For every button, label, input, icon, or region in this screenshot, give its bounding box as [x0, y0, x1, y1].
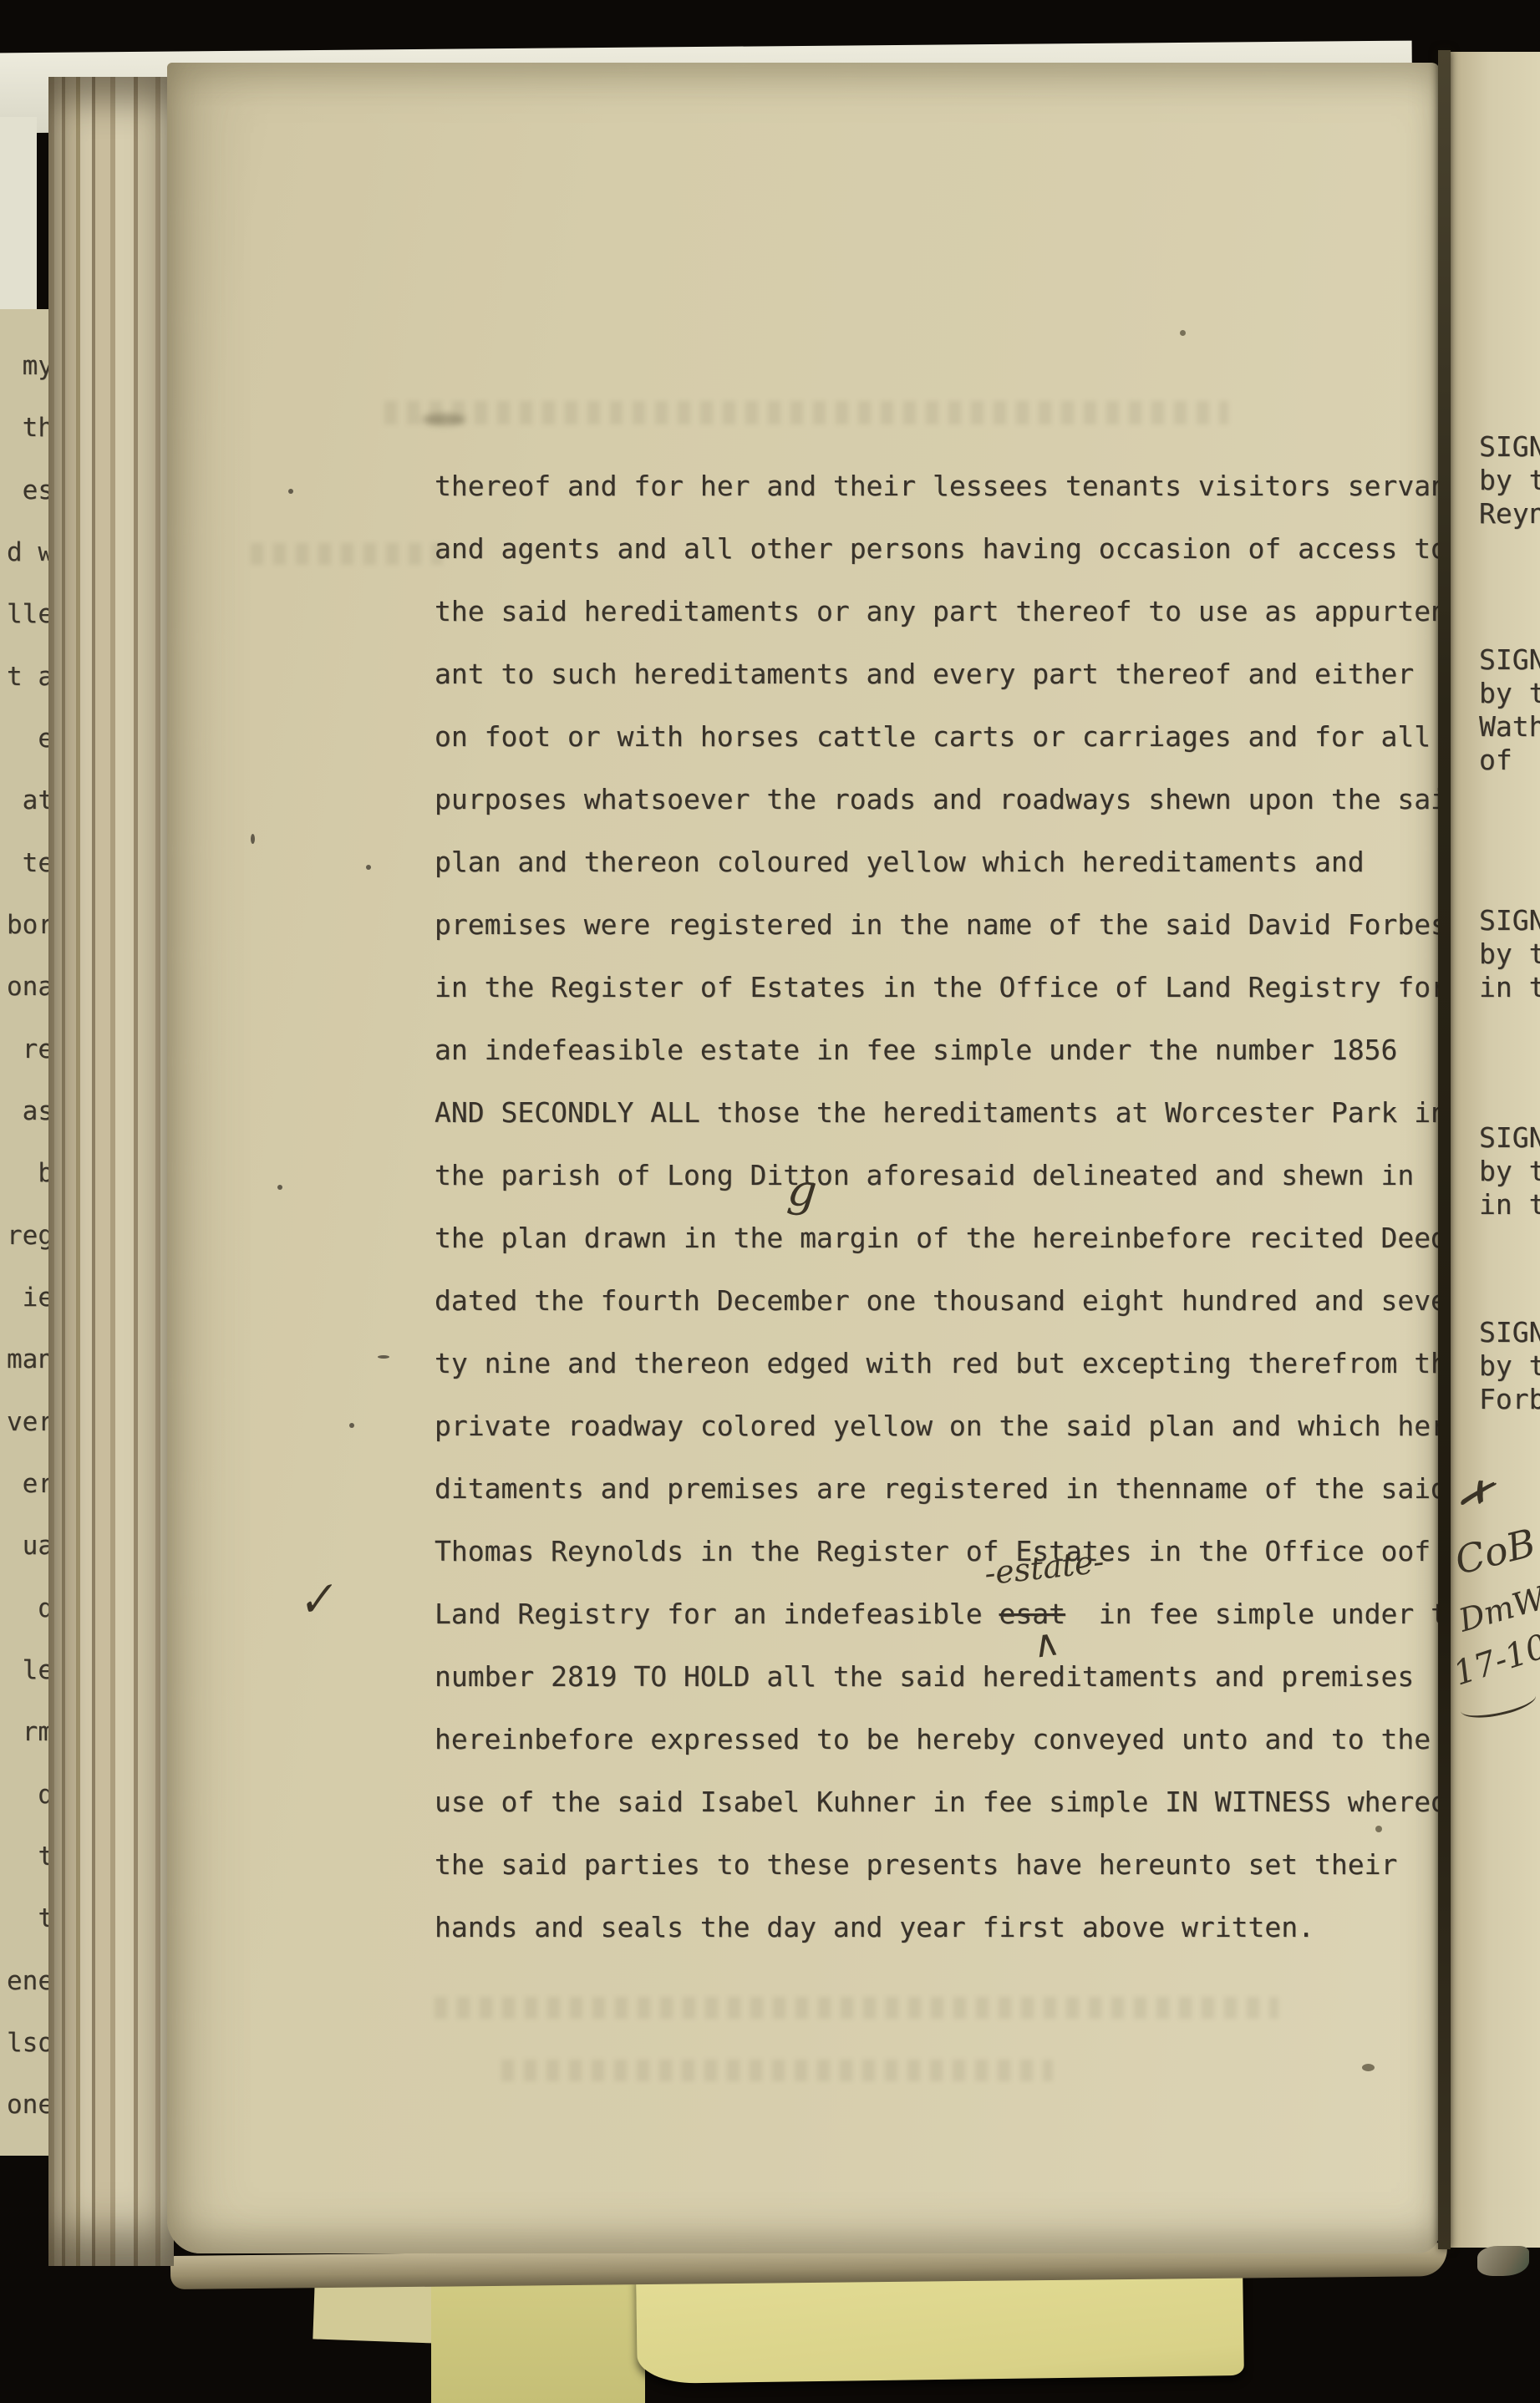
left-text-fragment: lle [7, 599, 53, 629]
right-text-line: by t [1479, 937, 1540, 971]
signature-clause-fragment: SIGN by t in t [1479, 904, 1540, 1004]
left-text-fragment: reg [7, 1221, 53, 1251]
handwritten-g-insertion: g [785, 1162, 820, 1217]
ghost-text-band [435, 1997, 1278, 2019]
right-text-line: SIGN [1479, 643, 1540, 677]
typed-line: use of the said Isabel Kuhner in fee sim… [435, 1786, 1440, 1819]
typed-line: private roadway colored yellow on the sa… [435, 1410, 1440, 1443]
stray-ink-mark [288, 489, 293, 494]
photographed-deed-book-page: my th es d w lle t a e at te bor ona re … [0, 0, 1540, 2403]
yellow-note-large [636, 2267, 1244, 2384]
right-facing-page: SIGN by t Reyn SIGN by t Wath of SIGN by… [1448, 52, 1540, 2248]
typed-line: premises were registered in the name of … [435, 908, 1440, 942]
handwritten-initials-cob: CoB [1451, 1520, 1540, 1583]
left-text-fragment: one [7, 2090, 53, 2120]
margin-checkmark: ✓ [293, 1571, 338, 1628]
ink-smudge [422, 414, 465, 425]
typed-line: hereinbefore expressed to be hereby conv… [435, 1723, 1440, 1756]
typed-line: hands and seals the day and year first a… [435, 1911, 1440, 1944]
right-text-line: SIGN [1479, 1316, 1540, 1349]
typed-line: on foot or with horses cattle carts or c… [435, 720, 1440, 754]
left-text-fragment: t a [7, 662, 53, 692]
under-leaf-left-edge [0, 117, 37, 334]
handwritten-initials-dmw: DmW [1455, 1579, 1540, 1638]
signature-clause-fragment: SIGN by t Wath of [1479, 643, 1540, 777]
right-text-line: Forbe [1479, 1383, 1540, 1416]
right-text-line: by th [1479, 1349, 1540, 1383]
typed-segment: in fee simple under t [1065, 1598, 1440, 1630]
right-text-line: in t [1479, 971, 1540, 1004]
binding-debris [1477, 2246, 1529, 2276]
typed-line: dated the fourth December one thousand e… [435, 1284, 1440, 1318]
left-text-fragment: man [7, 1344, 53, 1374]
right-text-line: in t [1479, 1188, 1540, 1222]
typed-line: the said parties to these presents have … [435, 1848, 1440, 1882]
typed-line: ditaments and premises are registered in… [435, 1472, 1440, 1506]
typed-line: ty nine and thereon edged with red but e… [435, 1347, 1440, 1380]
right-text-line: by t [1479, 1155, 1540, 1188]
signature-clause-fragment: SIGN by t Reyn [1479, 430, 1540, 531]
page-edges-stack [48, 77, 174, 2266]
typed-line: number 2819 TO HOLD all the said heredit… [435, 1660, 1440, 1694]
right-text-line: Wath [1479, 710, 1540, 744]
left-text-fragment: ene [7, 1966, 53, 1996]
typed-line: the said hereditaments or any part there… [435, 595, 1440, 628]
typed-line: ant to such hereditaments and every part… [435, 658, 1440, 691]
typed-line: Thomas Reynolds in the Register of Estat… [435, 1535, 1440, 1568]
typed-line-with-correction: Land Registry for an indefeasible esat i… [435, 1598, 1440, 1631]
paper-fleck [1180, 330, 1186, 336]
ghost-text-band [251, 543, 443, 565]
typed-line: an indefeasible estate in fee simple und… [435, 1034, 1440, 1067]
signature-clause-fragment: SIGN by th Forbe [1479, 1316, 1540, 1416]
stray-ink-mark [277, 1185, 282, 1190]
left-text-fragment: bor [7, 910, 53, 940]
main-page: thereof and for her and their lessees te… [167, 63, 1440, 2253]
right-text-line: Reyn [1479, 497, 1540, 531]
right-text-line: SIGN [1479, 904, 1540, 937]
insertion-caret: ∧ [1030, 1621, 1063, 1667]
left-text-fragment: ona [7, 972, 53, 1002]
handwritten-cross-mark: ✗ [1453, 1467, 1497, 1521]
paper-fleck [1375, 1826, 1382, 1832]
right-text-line: by t [1479, 677, 1540, 710]
handwritten-date: 17-10- [1449, 1623, 1540, 1694]
typed-line: and agents and all other persons having … [435, 532, 1440, 566]
stray-ink-mark [349, 1423, 354, 1428]
right-text-line: SIGN [1479, 1121, 1540, 1155]
stray-ink-mark [366, 865, 371, 870]
typed-line: thereof and for her and their lessees te… [435, 470, 1440, 503]
right-text-line: SIGN [1479, 430, 1540, 464]
signature-clause-fragment: SIGN by t in t [1479, 1121, 1540, 1222]
left-text-fragment: lso [7, 2028, 53, 2058]
typed-line: AND SECONDLY ALL those the hereditaments… [435, 1096, 1440, 1130]
typed-segment: Land Registry for an indefeasible [435, 1598, 999, 1630]
ghost-text-band [501, 2060, 1053, 2081]
stray-ink-mark [378, 1355, 389, 1359]
right-text-line: of [1479, 744, 1540, 777]
ghost-text-band [384, 401, 1228, 424]
book-gutter [1438, 50, 1451, 2249]
typed-line: purposes whatsoever the roads and roadwa… [435, 783, 1440, 816]
typed-line: plan and thereon coloured yellow which h… [435, 846, 1440, 879]
typed-line: the parish of Long Ditton aforesaid deli… [435, 1159, 1440, 1192]
right-text-line: by t [1479, 464, 1540, 497]
left-text-fragment: ver [7, 1407, 53, 1437]
left-text-fragment: d w [7, 537, 53, 567]
stray-ink-mark [251, 834, 255, 844]
paper-fleck [1362, 2064, 1375, 2071]
typed-line: in the Register of Estates in the Office… [435, 971, 1440, 1004]
typed-line: the plan drawn in the margin of the here… [435, 1222, 1440, 1255]
